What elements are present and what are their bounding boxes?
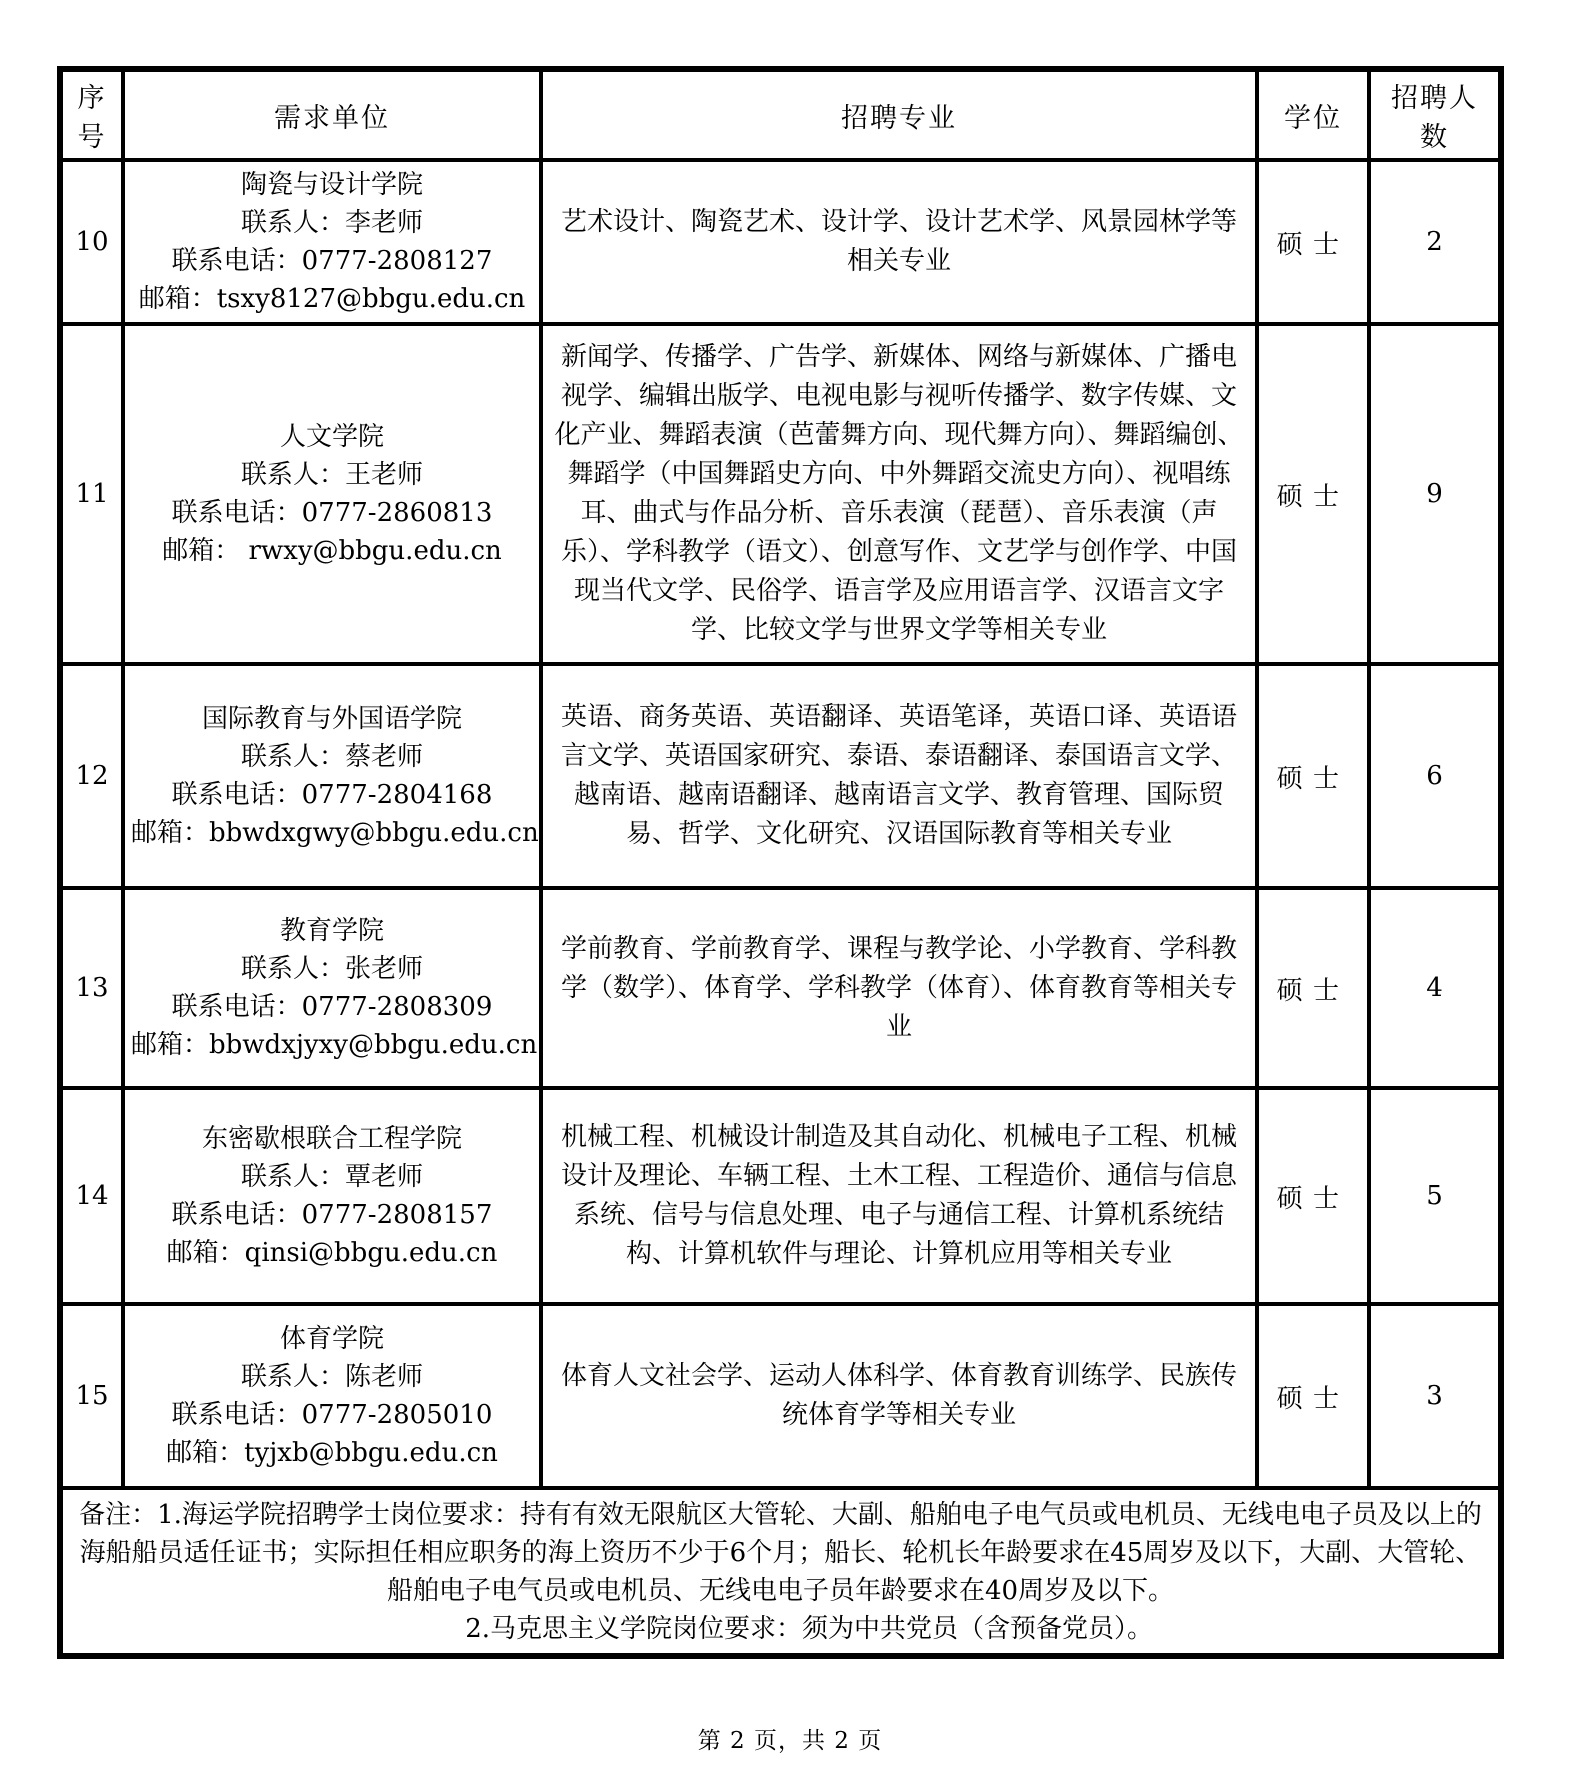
count-cell: 5 [1369, 1088, 1501, 1304]
header-no: 序号 [60, 69, 123, 160]
table-row: 11 人文学院 联系人：王老师 联系电话：0777-2860813 邮箱： rw… [60, 324, 1501, 664]
unit-phone-line: 联系电话：0777-2805010 [131, 1396, 533, 1434]
row-no: 11 [60, 324, 123, 664]
degree-cell: 硕士 [1257, 1088, 1369, 1304]
unit-cell: 国际教育与外国语学院 联系人：蔡老师 联系电话：0777-2804168 邮箱：… [123, 664, 541, 888]
header-unit: 需求单位 [123, 69, 541, 160]
unit-email-line: 邮箱：bbwdxjyxy@bbgu.edu.cn [131, 1026, 533, 1064]
unit-name-line: 陶瓷与设计学院 [131, 166, 533, 204]
row-no: 10 [60, 160, 123, 324]
unit-phone-line: 联系电话：0777-2808157 [131, 1196, 533, 1234]
unit-email-line: 邮箱：tyjxb@bbgu.edu.cn [131, 1434, 533, 1472]
unit-contact-line: 联系人：李老师 [131, 204, 533, 242]
count-cell: 9 [1369, 324, 1501, 664]
remarks-row: 备注：1.海运学院招聘学士岗位要求：持有有效无限航区大管轮、大副、船舶电子电气员… [60, 1488, 1501, 1656]
majors-cell: 艺术设计、陶瓷艺术、设计学、设计艺术学、风景园林学等相关专业 [541, 160, 1257, 324]
unit-contact-line: 联系人：陈老师 [131, 1358, 533, 1396]
majors-cell: 新闻学、传播学、广告学、新媒体、网络与新媒体、广播电视学、编辑出版学、电视电影与… [541, 324, 1257, 664]
degree-cell: 硕士 [1257, 888, 1369, 1088]
unit-phone-line: 联系电话：0777-2808127 [131, 242, 533, 280]
count-cell: 2 [1369, 160, 1501, 324]
row-no: 14 [60, 1088, 123, 1304]
table-row: 10 陶瓷与设计学院 联系人：李老师 联系电话：0777-2808127 邮箱：… [60, 160, 1501, 324]
unit-name-line: 体育学院 [131, 1320, 533, 1358]
remarks-note-1: 备注：1.海运学院招聘学士岗位要求：持有有效无限航区大管轮、大副、船舶电子电气员… [69, 1496, 1492, 1610]
row-no: 13 [60, 888, 123, 1088]
unit-cell: 体育学院 联系人：陈老师 联系电话：0777-2805010 邮箱：tyjxb@… [123, 1304, 541, 1488]
unit-phone-line: 联系电话：0777-2804168 [131, 776, 533, 814]
table-header-row: 序号 需求单位 招聘专业 学位 招聘人数 [60, 69, 1501, 160]
degree-cell: 硕士 [1257, 1304, 1369, 1488]
unit-email-line: 邮箱：qinsi@bbgu.edu.cn [131, 1234, 533, 1272]
majors-cell: 机械工程、机械设计制造及其自动化、机械电子工程、机械设计及理论、车辆工程、土木工… [541, 1088, 1257, 1304]
recruitment-table: 序号 需求单位 招聘专业 学位 招聘人数 10 陶瓷与设计学院 联系人：李老师 … [57, 66, 1504, 1659]
count-cell: 4 [1369, 888, 1501, 1088]
row-no: 12 [60, 664, 123, 888]
remarks-note-2: 2.马克思主义学院岗位要求：须为中共党员（含预备党员）。 [69, 1610, 1492, 1648]
majors-cell: 英语、商务英语、英语翻译、英语笔译，英语口译、英语语言文学、英语国家研究、泰语、… [541, 664, 1257, 888]
unit-phone-line: 联系电话：0777-2860813 [131, 494, 533, 532]
degree-cell: 硕士 [1257, 664, 1369, 888]
document-page: { "document": { "footer": "第 2 页，共 2 页" … [0, 0, 1580, 1792]
unit-email-line: 邮箱：tsxy8127@bbgu.edu.cn [131, 280, 533, 318]
table-row: 12 国际教育与外国语学院 联系人：蔡老师 联系电话：0777-2804168 … [60, 664, 1501, 888]
unit-phone-line: 联系电话：0777-2808309 [131, 988, 533, 1026]
table-row: 15 体育学院 联系人：陈老师 联系电话：0777-2805010 邮箱：tyj… [60, 1304, 1501, 1488]
unit-cell: 教育学院 联系人：张老师 联系电话：0777-2808309 邮箱：bbwdxj… [123, 888, 541, 1088]
unit-cell: 人文学院 联系人：王老师 联系电话：0777-2860813 邮箱： rwxy@… [123, 324, 541, 664]
unit-contact-line: 联系人：张老师 [131, 950, 533, 988]
header-majors: 招聘专业 [541, 69, 1257, 160]
unit-contact-line: 联系人：王老师 [131, 456, 533, 494]
count-cell: 6 [1369, 664, 1501, 888]
unit-email-line: 邮箱： rwxy@bbgu.edu.cn [131, 532, 533, 570]
unit-email-line: 邮箱：bbwdxgwy@bbgu.edu.cn [131, 814, 533, 852]
page-footer: 第 2 页，共 2 页 [0, 1722, 1580, 1755]
count-cell: 3 [1369, 1304, 1501, 1488]
unit-name-line: 教育学院 [131, 912, 533, 950]
unit-contact-line: 联系人：覃老师 [131, 1158, 533, 1196]
table-row: 14 东密歇根联合工程学院 联系人：覃老师 联系电话：0777-2808157 … [60, 1088, 1501, 1304]
remarks-cell: 备注：1.海运学院招聘学士岗位要求：持有有效无限航区大管轮、大副、船舶电子电气员… [60, 1488, 1501, 1656]
unit-name-line: 东密歇根联合工程学院 [131, 1120, 533, 1158]
row-no: 15 [60, 1304, 123, 1488]
majors-cell: 体育人文社会学、运动人体科学、体育教育训练学、民族传统体育学等相关专业 [541, 1304, 1257, 1488]
unit-contact-line: 联系人：蔡老师 [131, 738, 533, 776]
degree-cell: 硕士 [1257, 160, 1369, 324]
unit-name-line: 国际教育与外国语学院 [131, 700, 533, 738]
unit-cell: 东密歇根联合工程学院 联系人：覃老师 联系电话：0777-2808157 邮箱：… [123, 1088, 541, 1304]
majors-cell: 学前教育、学前教育学、课程与教学论、小学教育、学科教学（数学）、体育学、学科教学… [541, 888, 1257, 1088]
table-row: 13 教育学院 联系人：张老师 联系电话：0777-2808309 邮箱：bbw… [60, 888, 1501, 1088]
unit-cell: 陶瓷与设计学院 联系人：李老师 联系电话：0777-2808127 邮箱：tsx… [123, 160, 541, 324]
header-degree: 学位 [1257, 69, 1369, 160]
unit-name-line: 人文学院 [131, 418, 533, 456]
header-count: 招聘人数 [1369, 69, 1501, 160]
degree-cell: 硕士 [1257, 324, 1369, 664]
